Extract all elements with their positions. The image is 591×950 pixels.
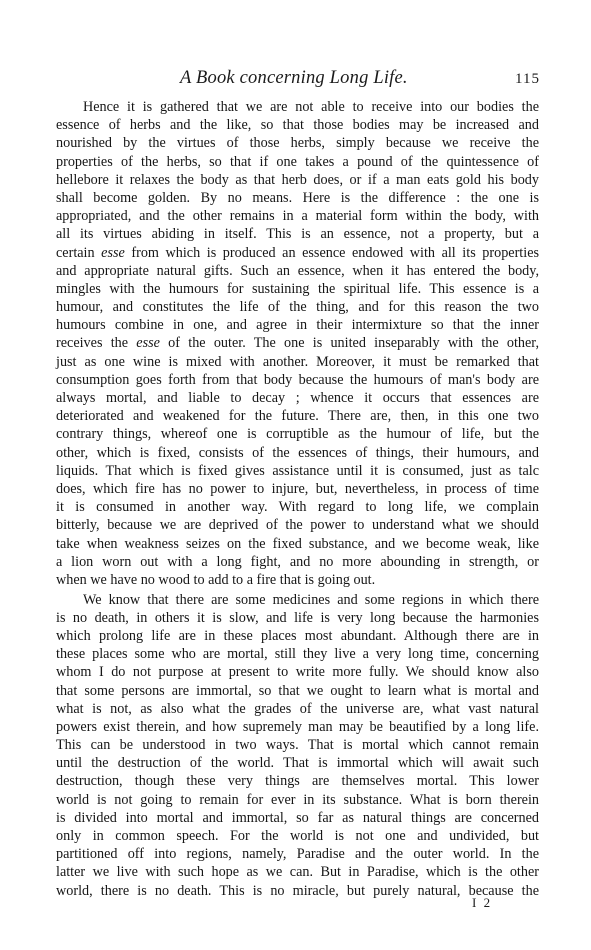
text-line: receives the esse of the outer. The one … — [56, 334, 539, 352]
text-line: that some persons are immortal, so that … — [56, 682, 539, 700]
text-line: when we have no wood to add to a fire th… — [56, 571, 539, 589]
text-line: does, which fire has no power to injure,… — [56, 480, 539, 498]
text-line: a lion worn out with a long fight, and n… — [56, 553, 539, 571]
text-line: these places some who are mortal, still … — [56, 645, 539, 663]
italic-term: esse — [136, 335, 160, 351]
text-line: humour, and constitutes the life of the … — [56, 298, 539, 316]
book-page: A Book concerning Long Life. 115 Hence i… — [0, 0, 591, 950]
text-line: latter we live with such hope as we can.… — [56, 863, 539, 881]
text-line: This can be understood in two ways. That… — [56, 736, 539, 754]
text-line: it is consumed in another way. With rega… — [56, 498, 539, 516]
text-line: appropriated, and the other remains in a… — [56, 207, 539, 225]
text-line: contrary things, whereof one is corrupti… — [56, 425, 539, 443]
text-line: until the destruction of the world. That… — [56, 754, 539, 772]
text-line: properties of the herbs, so that if one … — [56, 153, 539, 171]
text-line: which prolong life are in these places m… — [56, 627, 539, 645]
text-line: certain esse from which is produced an e… — [56, 244, 539, 262]
text-line: only in common speech. For the world is … — [56, 827, 539, 845]
text-line: deteriorated and weakened for the future… — [56, 407, 539, 425]
text-line: powers exist therein, and how supremely … — [56, 718, 539, 736]
text-line: and appropriate natural gifts. Such an e… — [56, 262, 539, 280]
text-line: essence of herbs and the like, so that t… — [56, 116, 539, 134]
text-line: consumption goes forth from that body be… — [56, 371, 539, 389]
text-line: is no death, in others it is slow, and l… — [56, 609, 539, 627]
text-line: mingles with the humours for sustaining … — [56, 280, 539, 298]
text-line: other, which is fixed, consists of the e… — [56, 444, 539, 462]
paragraph-2: We know that there are some medicines an… — [56, 591, 539, 900]
text-line: all its virtues abiding in itself. This … — [56, 225, 539, 243]
italic-term: esse — [101, 245, 125, 261]
text-line: always mortal, and liable to decay ; whe… — [56, 389, 539, 407]
text-line: world is not going to remain for ever in… — [56, 791, 539, 809]
text-line: is divided into mortal and immortal, so … — [56, 809, 539, 827]
text-line: partitioned off into regions, namely, Pa… — [56, 845, 539, 863]
text-line: take when weakness seizes on the fixed s… — [56, 535, 539, 553]
text-line: whom I do not purpose at present to writ… — [56, 663, 539, 681]
text-line: hellebore it relaxes the body as that he… — [56, 171, 539, 189]
text-line: just as one wine is mixed with another. … — [56, 353, 539, 371]
text-line: Hence it is gathered that we are not abl… — [56, 98, 539, 116]
body-text: Hence it is gathered that we are not abl… — [56, 98, 539, 900]
text-line: nourished by the virtues of those herbs,… — [56, 134, 539, 152]
text-line: We know that there are some medicines an… — [56, 591, 539, 609]
text-line: liquids. That which is fixed gives assis… — [56, 462, 539, 480]
text-line: shall become golden. By no means. Here i… — [56, 189, 539, 207]
text-line: bitterly, because we are deprived of the… — [56, 516, 539, 534]
text-line: what is not, as also what the grades of … — [56, 700, 539, 718]
paragraph-1: Hence it is gathered that we are not abl… — [56, 98, 539, 589]
text-line: destruction, though these very things ar… — [56, 772, 539, 790]
text-line: humours combine in one, and agree in the… — [56, 316, 539, 334]
page-number: 115 — [514, 71, 540, 88]
printer-signature-mark: I 2 — [472, 895, 492, 911]
text-line: world, there is no death. This is no mir… — [56, 882, 539, 900]
running-title: A Book concerning Long Life. — [180, 68, 420, 89]
